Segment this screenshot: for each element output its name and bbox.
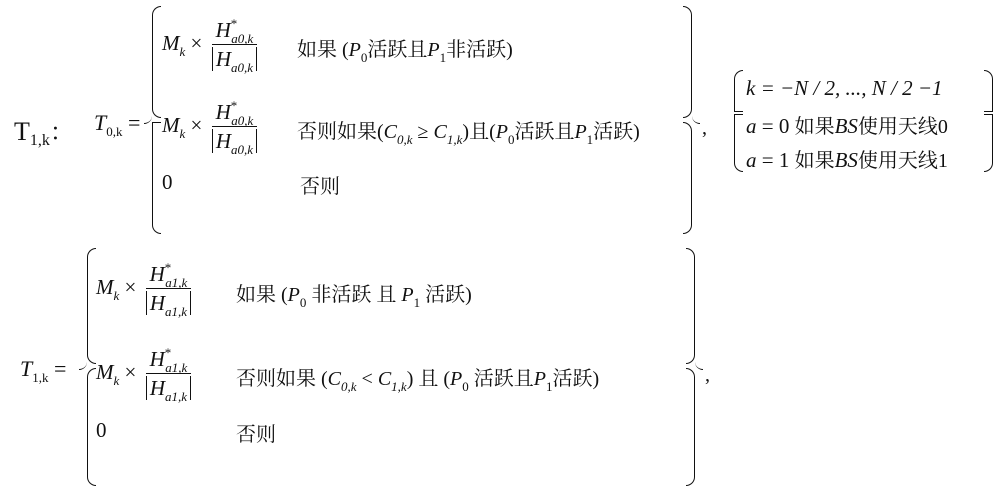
h-sup: *: [231, 16, 238, 31]
p0: P: [450, 368, 462, 390]
t1k-case-1: Mk × H*a1,k Ha1,k: [96, 262, 195, 316]
label-sub: 1,k: [30, 132, 50, 149]
h-sub: a0,k: [231, 113, 253, 128]
cond-mid: 活跃且: [367, 39, 427, 61]
h-var: H: [216, 47, 231, 71]
p1: P: [534, 368, 546, 390]
p1: P: [401, 284, 413, 306]
h-sub: a1,k: [165, 275, 187, 290]
h-var: H: [216, 100, 231, 124]
t1k-lhs: T1,k =: [20, 356, 66, 382]
p0: P: [349, 39, 361, 61]
h-sub: a1,k: [165, 304, 187, 319]
equals-sign: =: [128, 110, 140, 135]
times-sign: ×: [191, 31, 203, 55]
p0-sub: 0: [462, 379, 469, 394]
h-var: H: [150, 262, 165, 286]
left-brace-tip: [79, 359, 87, 370]
lhs-sub: 0,k: [106, 124, 122, 139]
m-var: M: [96, 360, 114, 384]
zero: 0: [162, 170, 173, 194]
otherwise: 否则: [236, 424, 276, 446]
side-right-brace-top: [984, 70, 993, 112]
c0-sub: 0,k: [341, 379, 357, 394]
h-sup: *: [165, 345, 172, 360]
m-sub: k: [180, 44, 186, 59]
h-var: H: [216, 18, 231, 42]
equation-label: T1,k：: [14, 112, 74, 147]
left-brace-bottom: [87, 368, 96, 486]
bs-var: BS: [835, 148, 858, 172]
right-brace-top: [686, 248, 695, 364]
m-sub: k: [180, 126, 186, 141]
h-sub: a1,k: [165, 389, 187, 404]
m-var: M: [162, 31, 180, 55]
equals-sign: =: [54, 356, 66, 381]
side-cond-a0: a = 0 如果BS使用天线0: [746, 110, 948, 139]
lhs-var: T: [20, 356, 32, 381]
otherwise: 否则: [300, 176, 340, 198]
p1-sub: 1: [440, 50, 447, 65]
lhs-sub: 1,k: [32, 370, 48, 385]
c1-sub: 1,k: [447, 132, 463, 147]
left-brace-bottom: [152, 122, 161, 234]
right-brace-bottom: [683, 122, 692, 234]
p1-sub: 1: [587, 132, 594, 147]
fraction: H*a1,k Ha1,k: [146, 262, 192, 316]
left-brace-top: [152, 6, 161, 118]
h-var: H: [150, 347, 165, 371]
right-brace-bottom: [686, 368, 695, 486]
a-value: = 1: [762, 148, 790, 172]
t0k-lhs: T0,k =: [94, 110, 140, 136]
zero: 0: [96, 418, 107, 442]
t1k-cond-2: 否则如果 (C0,k < C1,k) 且 (P0 活跃且P1活跃): [236, 362, 599, 391]
right-brace-tip: [692, 113, 700, 124]
k-var: k: [746, 76, 755, 100]
trailing-comma: ,: [705, 364, 710, 387]
t1k-case-2: Mk × H*a1,k Ha1,k: [96, 347, 195, 401]
p0: P: [288, 284, 300, 306]
p1: P: [574, 121, 586, 143]
op: ≥: [418, 121, 429, 143]
cond-post: 活跃): [552, 368, 599, 390]
side-cond-k: k = −N / 2, ..., N / 2 −1: [746, 76, 943, 101]
t0k-case-1: Mk × H*a0,k Ha0,k: [162, 18, 261, 72]
c1: C: [434, 121, 447, 143]
m-var: M: [96, 275, 114, 299]
m-sub: k: [114, 288, 120, 303]
t0k-cond-1: 如果 (P0活跃且P1非活跃): [297, 33, 513, 62]
cond-post: 活跃): [593, 121, 640, 143]
t1k-case-3: 0: [96, 418, 107, 443]
cond-pre: 如果 (: [236, 284, 288, 306]
p1-sub: 1: [546, 379, 553, 394]
p1-sub: 1: [414, 295, 421, 310]
left-brace-tip: [144, 113, 152, 124]
cond-pre: 否则如果(: [297, 121, 384, 143]
h-sub: a1,k: [165, 360, 187, 375]
cond-post: 活跃): [420, 284, 472, 306]
c0: C: [328, 368, 341, 390]
right-brace-tip: [695, 359, 703, 370]
cond-mid: ) 且 (: [407, 368, 450, 390]
h-sup: *: [165, 260, 172, 275]
trailing-comma: ,: [702, 117, 707, 140]
a-value: = 0: [762, 114, 790, 138]
side-left-brace-top: [734, 70, 743, 112]
t0k-case-3: 0: [162, 170, 173, 195]
side-cond-a1: a = 1 如果BS使用天线1: [746, 144, 948, 173]
m-sub: k: [114, 373, 120, 388]
h-var: H: [216, 129, 231, 153]
h-sup: *: [231, 98, 238, 113]
h-sub: a0,k: [231, 31, 253, 46]
c1-sub: 1,k: [391, 379, 407, 394]
left-brace-top: [87, 248, 96, 364]
h-sub: a0,k: [231, 60, 253, 75]
p1: P: [427, 39, 439, 61]
right-brace-top: [683, 6, 692, 118]
label-main: T: [14, 117, 30, 146]
fraction: H*a0,k Ha0,k: [212, 18, 258, 72]
op: <: [362, 368, 373, 390]
c0: C: [384, 121, 397, 143]
antenna-text: 使用天线0: [858, 116, 948, 138]
label-colon: ：: [50, 120, 74, 146]
cond-pre: 如果 (: [297, 39, 349, 61]
side-right-brace-bottom: [984, 114, 993, 172]
t0k-case-2: Mk × H*a0,k Ha0,k: [162, 100, 261, 154]
h-var: H: [150, 376, 165, 400]
times-sign: ×: [125, 275, 137, 299]
cond-mid: )且(: [462, 121, 495, 143]
fraction: H*a0,k Ha0,k: [212, 100, 258, 154]
t1k-cond-3: 否则: [236, 418, 276, 447]
side-left-brace-bottom: [734, 114, 743, 172]
if-text: 如果: [795, 150, 835, 172]
antenna-text: 使用天线1: [858, 150, 948, 172]
h-var: H: [150, 291, 165, 315]
t0k-cond-3: 否则: [300, 170, 340, 199]
cond-mid2: 活跃且: [469, 368, 534, 390]
p0-sub: 0: [300, 295, 307, 310]
cond-post: 非活跃): [446, 39, 513, 61]
bs-var: BS: [835, 114, 858, 138]
k-range: = −N / 2, ..., N / 2 −1: [761, 76, 943, 100]
if-text: 如果: [795, 116, 835, 138]
a-var: a: [746, 114, 757, 138]
a-var: a: [746, 148, 757, 172]
cond-pre: 否则如果 (: [236, 368, 328, 390]
p0-sub: 0: [508, 132, 515, 147]
t0k-cond-2: 否则如果(C0,k ≥ C1,k)且(P0活跃且P1活跃): [297, 115, 640, 144]
p0: P: [496, 121, 508, 143]
h-sub: a0,k: [231, 142, 253, 157]
times-sign: ×: [191, 113, 203, 137]
lhs-var: T: [94, 110, 106, 135]
m-var: M: [162, 113, 180, 137]
cond-mid: 非活跃 且: [306, 284, 401, 306]
p0-sub: 0: [361, 50, 368, 65]
times-sign: ×: [125, 360, 137, 384]
fraction: H*a1,k Ha1,k: [146, 347, 192, 401]
t1k-cond-1: 如果 (P0 非活跃 且 P1 活跃): [236, 278, 472, 307]
c1: C: [378, 368, 391, 390]
c0-sub: 0,k: [397, 132, 413, 147]
cond-mid2: 活跃且: [514, 121, 574, 143]
